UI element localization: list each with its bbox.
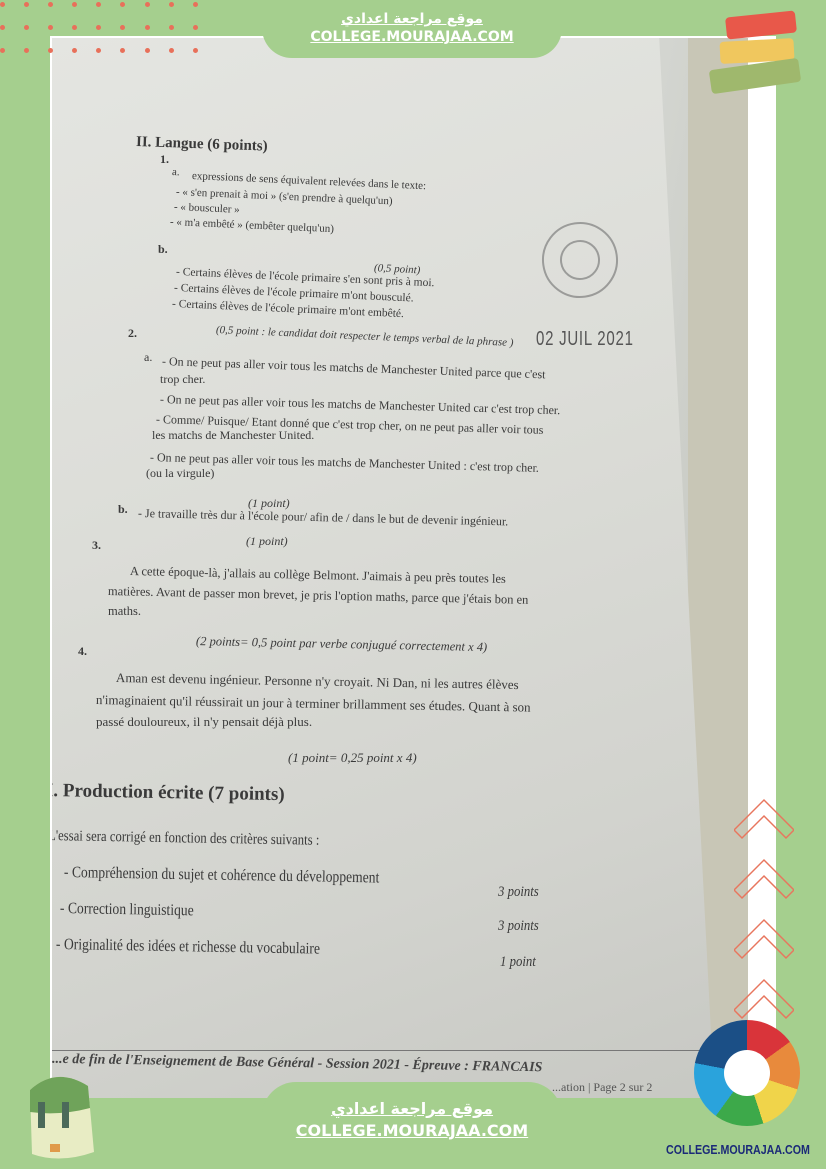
decorative-dots (0, 0, 200, 52)
q1b-label: b. (158, 242, 168, 257)
q2b-label: b. (118, 502, 128, 517)
question-3-number: 3. (92, 538, 101, 553)
q2b-points: (1 point) (246, 534, 288, 549)
q4-line: passé douloureux, il n'y pensait déjà pl… (96, 714, 312, 730)
q2a-line: trop cher. (160, 372, 205, 387)
page-number: ...ation | Page 2 sur 2 (552, 1080, 652, 1095)
question-4-number: 4. (78, 644, 87, 659)
criterion-points: 1 point (500, 954, 536, 971)
q1a-label: a. (172, 166, 180, 178)
q3-line: maths. (108, 604, 141, 619)
date-stamp: 02 JUIL 2021 (536, 328, 634, 351)
books-icon (696, 10, 806, 94)
backpack-icon (16, 1060, 106, 1160)
logo-text: COLLEGE.MOURAJAA.COM (666, 1142, 810, 1157)
subjects-wheel-logo (694, 1020, 800, 1126)
site-name-arabic[interactable]: موقع مراجعة اعدادي (262, 10, 562, 28)
site-url-link[interactable]: COLLEGE.MOURAJAA.COM (262, 1120, 562, 1142)
site-badge-bottom[interactable]: موقع مراجعة اعدادي COLLEGE.MOURAJAA.COM (262, 1082, 562, 1169)
question-1-number: 1. (160, 152, 169, 167)
site-name-arabic[interactable]: موقع مراجعة اعدادي (262, 1098, 562, 1120)
section-title-production: I. Production écrite (7 points) (52, 780, 285, 806)
footer-rule (52, 1050, 742, 1051)
criterion-points: 3 points (498, 884, 539, 901)
criterion-label: - Correction linguistique (60, 900, 194, 920)
site-url-link[interactable]: COLLEGE.MOURAJAA.COM (262, 28, 562, 46)
document-photo: II. Langue (6 points) 1. a. expressions … (52, 38, 748, 1098)
left-border (0, 36, 50, 1169)
q2a-line: les matchs de Manchester United. (152, 428, 314, 443)
q4-points: (1 point= 0,25 point x 4) (288, 750, 417, 766)
criterion-points: 3 points (498, 918, 539, 935)
question-2-number: 2. (128, 326, 137, 341)
q2a-line: (ou la virgule) (146, 466, 214, 481)
q2a-label: a. (144, 350, 152, 365)
chevron-up-icons (734, 790, 794, 1030)
site-badge-top[interactable]: موقع مراجعة اعدادي COLLEGE.MOURAJAA.COM (262, 0, 562, 58)
